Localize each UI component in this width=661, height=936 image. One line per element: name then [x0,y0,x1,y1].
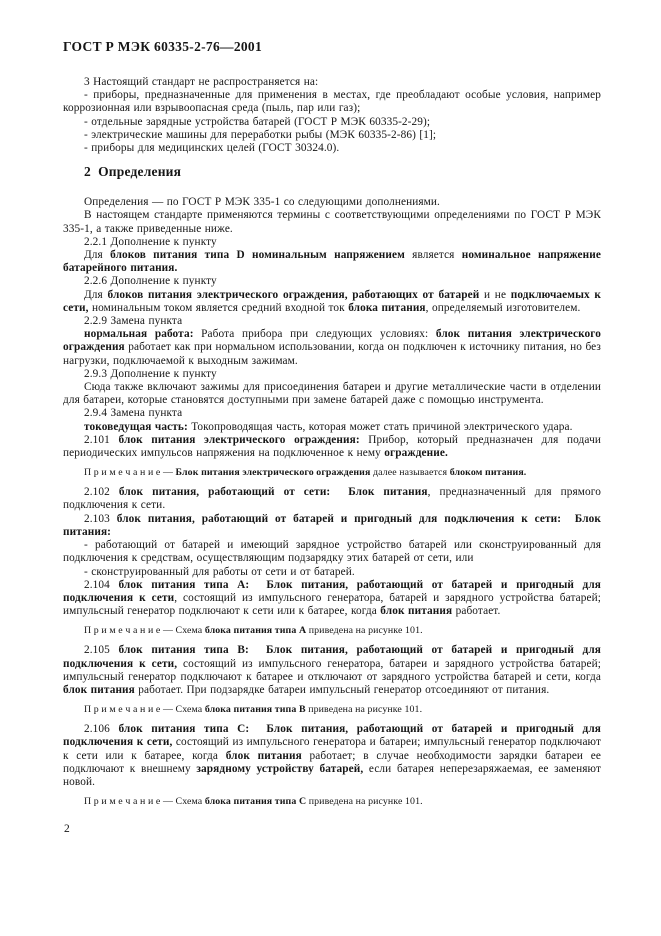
text-run: П р и м е ч а н и е — Схема [84,704,205,715]
paragraph: - приборы, предназначенные для применени… [63,89,601,115]
text-run: - приборы для медицинских целей (ГОСТ 30… [84,142,339,154]
paragraph: - сконструированный для работы от сети и… [63,566,601,579]
paragraph: 2.2.9 Замена пункта [63,315,601,328]
text-run: блока питания типа А [205,625,306,636]
text-run: приведена на рисунке 101. [306,704,423,715]
paragraph: 2.2.1 Дополнение к пункту [63,236,601,249]
paragraph: токоведущая часть: Токопроводящая часть,… [63,421,601,434]
text-run: блок питания [380,605,452,617]
paragraph: 2.9.4 Замена пункта [63,407,601,420]
text-run: - сконструированный для работы от сети и… [84,566,355,578]
text-run: зарядному устройству батарей, [196,763,363,775]
text-run: блоков питания типа D номинальным напряж… [110,249,405,261]
paragraph: - приборы для медицинских целей (ГОСТ 30… [63,142,601,155]
text-run: - приборы, предназначенные для применени… [63,89,601,114]
paragraph: - электрические машины для переработки р… [63,129,601,142]
text-run: блок питания, работающий от батарей и пр… [63,513,601,538]
text-run: 2.2.1 Дополнение к пункту [84,236,217,248]
section-heading: 2 Определения [63,164,601,179]
text-run: 2.2.9 Замена пункта [84,315,182,327]
text-run: блоком питания. [450,467,527,478]
text-run: блок питания электрического ограждения: [118,434,359,446]
text-run: блок питания [63,684,135,696]
text-run: Работа прибора при следующих условиях: [194,328,436,340]
page-number: 2 [64,823,70,836]
running-header: ГОСТ Р МЭК 60335-2-76—2001 [63,40,601,54]
text-run: 2.103 [84,513,117,525]
text-run: 2 Определения [84,164,181,179]
paragraph: Сюда также включают зажимы для присоедин… [63,381,601,407]
paragraph: Для блоков питания типа D номинальным на… [63,249,601,275]
text-run: - отдельные зарядные устройства батарей … [84,116,430,128]
text-run: ограждение. [384,447,448,459]
text-run: 2.104 [84,579,118,591]
text-run: блоков питания электрического ограждения… [108,289,480,301]
text-run: Сюда также включают зажимы для присоедин… [63,381,601,406]
text-run: 2.2.6 Дополнение к пункту [84,275,217,287]
text-run: 3 Настоящий стандарт не распространяется… [84,76,318,88]
paragraph: 2.106 блок питания типа С: Блок питания,… [63,723,601,789]
text-run: номинальным током является средний входн… [89,302,349,314]
text-run: П р и м е ч а н и е — Схема [84,796,205,807]
paragraph: - отдельные зарядные устройства батарей … [63,116,601,129]
text-run: блок питания [226,750,302,762]
note-paragraph: П р и м е ч а н и е — Схема блока питани… [63,796,601,808]
note-paragraph: П р и м е ч а н и е — Схема блока питани… [63,625,601,637]
text-run: Определения — по ГОСТ Р МЭК 335-1 со сле… [84,196,440,208]
text-run: Блок питания электрического ограждения [176,467,371,478]
text-run: блок питания, работающий от сети: Блок п… [119,486,428,498]
text-run: - электрические машины для переработки р… [84,129,436,141]
paragraph: 2.105 блок питания типа В: Блок питания,… [63,644,601,697]
text-run: 2.105 [84,644,119,656]
document-page: ГОСТ Р МЭК 60335-2-76—2001 3 Настоящий с… [0,0,661,936]
paragraph: 2.104 блок питания типа А: Блок питания,… [63,579,601,619]
text-run: блока питания [348,302,425,314]
text-run: далее называется [370,467,449,478]
text-run: работает. [452,605,500,617]
text-run: является [405,249,462,261]
text-run: токоведущая часть: [84,421,188,433]
paragraph: нормальная работа: Работа прибора при сл… [63,328,601,368]
text-run: П р и м е ч а н и е — [84,467,176,478]
text-run: - работающий от батарей и имеющий зарядн… [63,539,601,564]
text-run: 2.101 [84,434,118,446]
text-run: приведена на рисунке 101. [306,796,423,807]
text-run: 2.102 [84,486,119,498]
text-run: 2.9.3 Дополнение к пункту [84,368,217,380]
paragraph: - работающий от батарей и имеющий зарядн… [63,539,601,565]
text-run: Для [84,289,108,301]
text-run: П р и м е ч а н и е — Схема [84,625,205,636]
text-run: блока питания типа В [205,704,306,715]
paragraph: В настоящем стандарте применяются термин… [63,209,601,235]
text-run: нормальная работа: [84,328,194,340]
text-run: приведена на рисунке 101. [306,625,423,636]
text-run: работает. При подзарядке батареи импульс… [135,684,549,696]
paragraph: Для блоков питания электрического огражд… [63,289,601,315]
paragraph: 2.103 блок питания, работающий от батаре… [63,513,601,539]
paragraph: 2.101 блок питания электрического огражд… [63,434,601,460]
note-paragraph: П р и м е ч а н и е — Схема блока питани… [63,704,601,716]
text-run: работает как при нормальном использовани… [63,341,601,366]
text-run: Токопроводящая часть, которая может стат… [188,421,573,433]
paragraph: 2.9.3 Дополнение к пункту [63,368,601,381]
text-run: 2.9.4 Замена пункта [84,407,182,419]
text-run: Для [84,249,110,261]
page-content: ГОСТ Р МЭК 60335-2-76—2001 3 Настоящий с… [63,40,601,815]
paragraph: 2.102 блок питания, работающий от сети: … [63,486,601,512]
text-run: 2.106 [84,723,118,735]
paragraph: 2.2.6 Дополнение к пункту [63,275,601,288]
text-run: и не [479,289,510,301]
text-run: блока питания типа С [205,796,306,807]
text-run: В настоящем стандарте применяются термин… [63,209,601,234]
note-paragraph: П р и м е ч а н и е — Блок питания элект… [63,467,601,479]
text-run: , определяемый изготовителем. [426,302,581,314]
document-body: 3 Настоящий стандарт не распространяется… [63,76,601,808]
paragraph: 3 Настоящий стандарт не распространяется… [63,76,601,89]
paragraph: Определения — по ГОСТ Р МЭК 335-1 со сле… [63,196,601,209]
